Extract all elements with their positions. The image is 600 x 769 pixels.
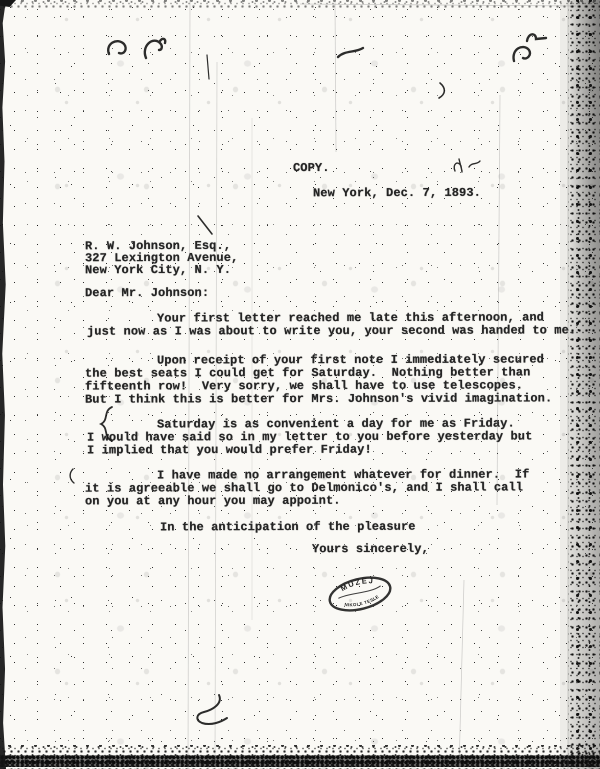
- signoff: Yours sincerely,: [312, 543, 429, 556]
- letter-text: COPY. New York, Dec. 7, 1893. R. W. John…: [0, 0, 600, 769]
- dateline: New York, Dec. 7, 1893.: [313, 187, 481, 200]
- copy-heading: COPY.: [293, 162, 330, 175]
- recipient-line: New York City, N. Y.: [85, 264, 231, 277]
- body-line: just now as I was about to write you, yo…: [87, 324, 576, 338]
- body-line: I implied that you would prefer Friday!: [87, 444, 372, 458]
- body-line: on you at any hour you may appoint.: [85, 495, 341, 509]
- closing-line: In the anticipation of the pleasure: [160, 521, 416, 535]
- scanned-letter-page: COPY. New York, Dec. 7, 1893. R. W. John…: [0, 0, 600, 769]
- salutation: Dear Mr. Johnson:: [85, 287, 209, 300]
- body-line: But I think this is better for Mrs. John…: [85, 392, 552, 406]
